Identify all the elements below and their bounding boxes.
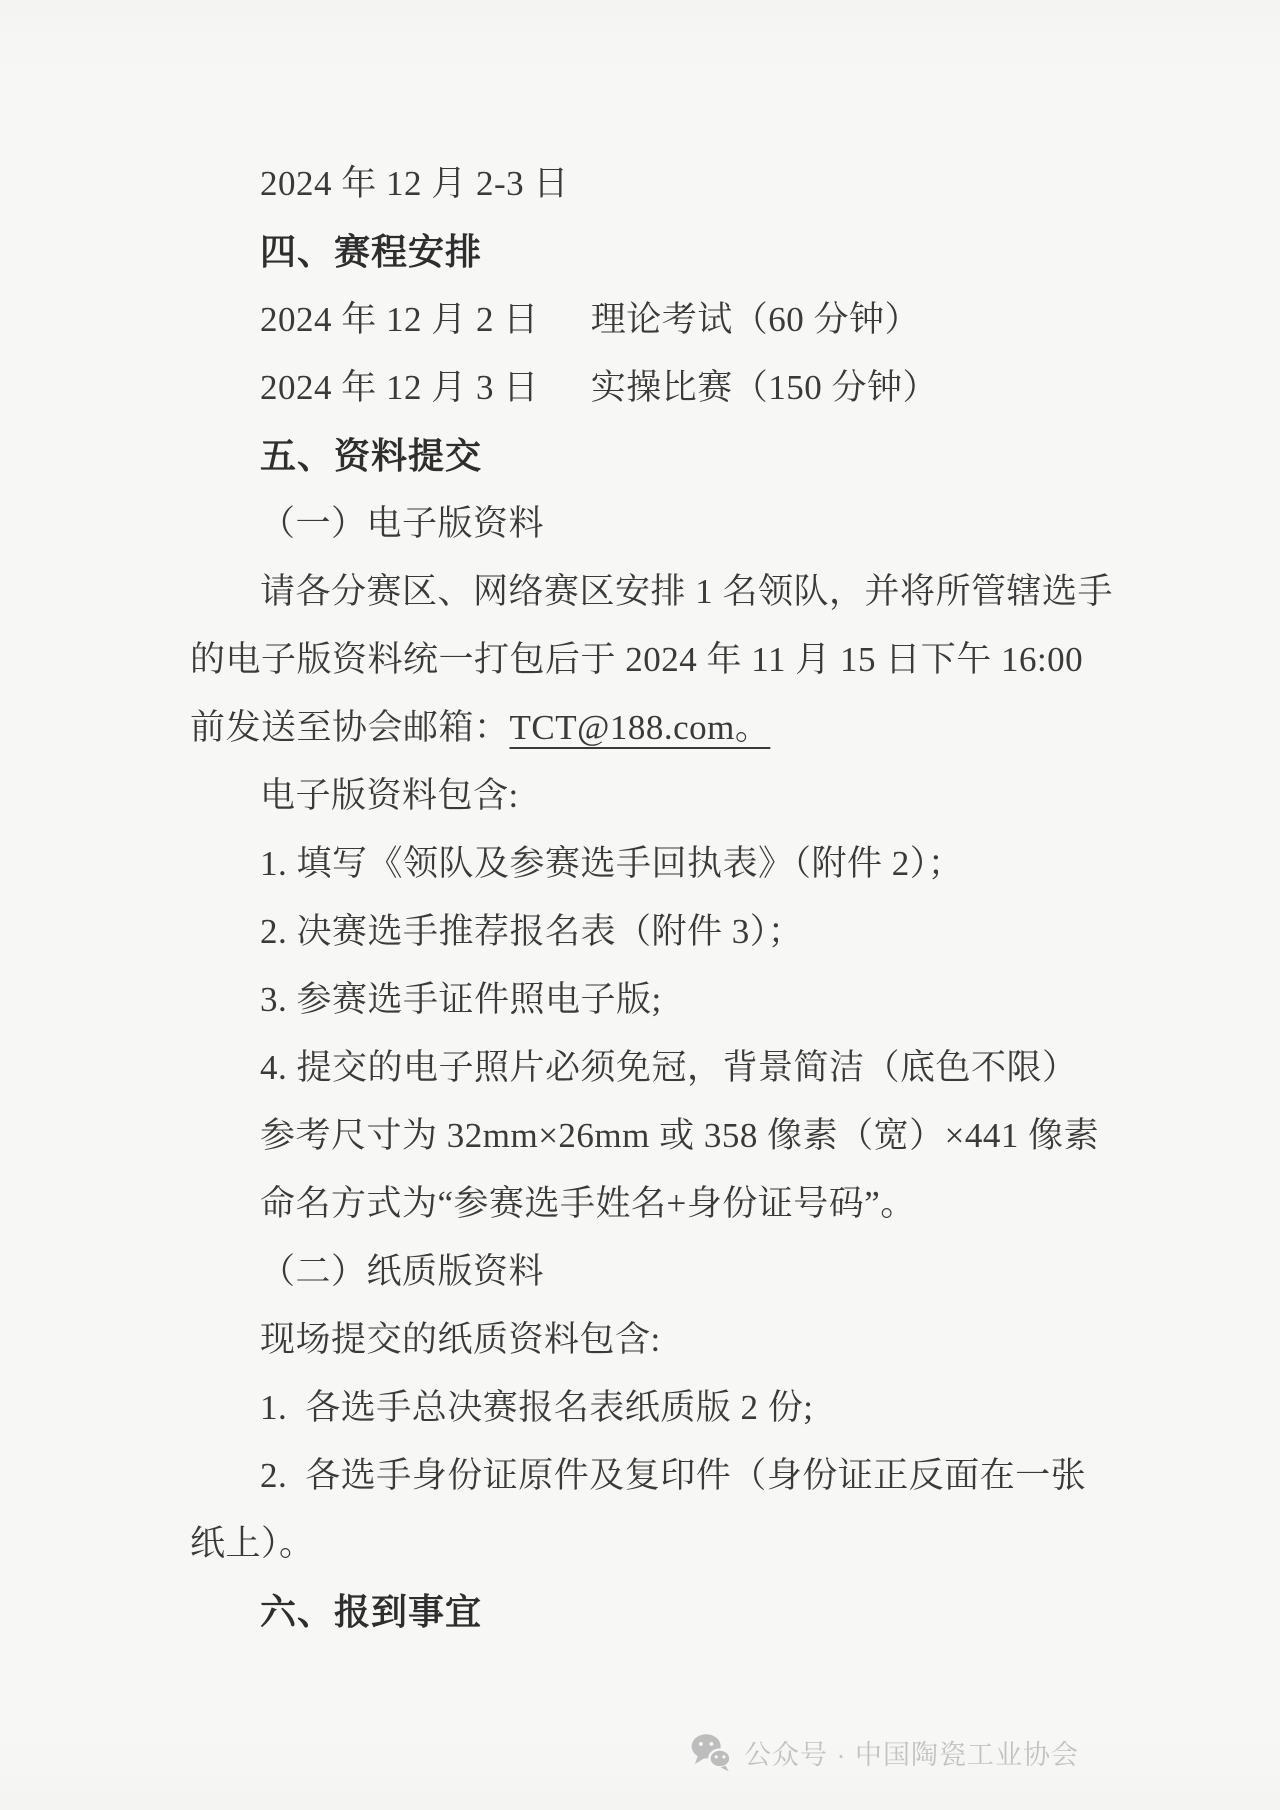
wechat-icon (690, 1732, 732, 1772)
photo-naming-line: 命名方式为“参赛选手姓名+身份证号码”。 (190, 1170, 1085, 1238)
line-text: 纸上）。 (190, 1524, 315, 1563)
document-lines: 2024 年 12 月 2-3 日四、赛程安排2024 年 12 月 2 日理论… (190, 150, 1085, 1646)
heading-materials: 五、资料提交 (190, 422, 1085, 490)
date-line-final: 2024 年 12 月 2-3 日 (190, 150, 1085, 218)
scanned-document-page: 2024 年 12 月 2-3 日四、赛程安排2024 年 12 月 2 日理论… (0, 0, 1280, 1810)
paragraph-electronic-3: 前发送至协会邮箱：TCT@188.com。 (190, 694, 1085, 762)
line-text: 的电子版资料统一打包后于 2024 年 11 月 15 日下午 16:00 (190, 640, 1083, 679)
line-text: 六、报到事宜 (260, 1591, 482, 1632)
electronic-item-4: 4. 提交的电子照片必须免冠，背景简洁（底色不限） (190, 1034, 1085, 1102)
line-text: 2024 年 12 月 2-3 日 (260, 164, 569, 203)
line-text: 实操比赛（150 分钟） (591, 368, 938, 407)
paper-item-2-continued: 纸上）。 (190, 1510, 1085, 1578)
email-text: TCT@188.com。 (510, 708, 771, 747)
line-text: 2024 年 12 月 2 日 (260, 300, 539, 339)
line-text: 1. 各选手总决赛报名表纸质版 2 份; (260, 1388, 813, 1427)
line-text: 4. 提交的电子照片必须免冠，背景简洁（底色不限） (260, 1048, 1078, 1087)
line-text: 2024 年 12 月 3 日 (260, 368, 539, 407)
schedule-day1: 2024 年 12 月 2 日理论考试（60 分钟） (190, 286, 1085, 354)
line-text: 四、赛程安排 (260, 231, 482, 272)
line-text: 现场提交的纸质资料包含: (260, 1320, 661, 1359)
paper-item-1: 1. 各选手总决赛报名表纸质版 2 份; (190, 1374, 1085, 1442)
paragraph-electronic-1: 请各分赛区、网络赛区安排 1 名领队，并将所管辖选手 (190, 558, 1085, 626)
electronic-item-2: 2. 决赛选手推荐报名表（附件 3）； (190, 898, 1085, 966)
line-text: 请各分赛区、网络赛区安排 1 名领队，并将所管辖选手 (260, 572, 1113, 611)
line-text: 前发送至协会邮箱： (190, 708, 510, 747)
line-text: 五、资料提交 (260, 435, 482, 476)
photo-size-line: 参考尺寸为 32mm×26mm 或 358 像素（宽）×441 像素 (190, 1102, 1085, 1170)
schedule-day2: 2024 年 12 月 3 日实操比赛（150 分钟） (190, 354, 1085, 422)
line-text: 理论考试（60 分钟） (591, 300, 920, 339)
electronic-list-intro: 电子版资料包含: (190, 762, 1085, 830)
line-text: 参考尺寸为 32mm×26mm 或 358 像素（宽）×441 像素 (260, 1116, 1099, 1155)
electronic-item-3: 3. 参赛选手证件照电子版; (190, 966, 1085, 1034)
line-text: 2. 各选手身份证原件及复印件（身份证正反面在一张 (260, 1456, 1086, 1495)
paper-item-2: 2. 各选手身份证原件及复印件（身份证正反面在一张 (190, 1442, 1085, 1510)
paper-list-intro: 现场提交的纸质资料包含: (190, 1306, 1085, 1374)
sub-heading-paper: （二）纸质版资料 (190, 1238, 1085, 1306)
electronic-item-1: 1. 填写《领队及参赛选手回执表》（附件 2）； (190, 830, 1085, 898)
paragraph-electronic-2: 的电子版资料统一打包后于 2024 年 11 月 15 日下午 16:00 (190, 626, 1085, 694)
line-text: 2. 决赛选手推荐报名表（附件 3）； (260, 912, 803, 951)
line-text: 命名方式为“参赛选手姓名+身份证号码”。 (260, 1184, 916, 1223)
sub-heading-electronic: （一）电子版资料 (190, 490, 1085, 558)
line-text: 电子版资料包含: (260, 776, 519, 815)
line-text: （一）电子版资料 (260, 504, 544, 543)
wechat-watermark: 公众号 · 中国陶瓷工业协会 (690, 1732, 1079, 1772)
line-text: 3. 参赛选手证件照电子版; (260, 980, 662, 1019)
heading-schedule: 四、赛程安排 (190, 218, 1085, 286)
line-text: 1. 填写《领队及参赛选手回执表》（附件 2）； (260, 844, 963, 883)
line-text: （二）纸质版资料 (260, 1252, 544, 1291)
wechat-account-label: 公众号 · 中国陶瓷工业协会 (744, 1733, 1079, 1772)
heading-registration: 六、报到事宜 (190, 1578, 1085, 1646)
